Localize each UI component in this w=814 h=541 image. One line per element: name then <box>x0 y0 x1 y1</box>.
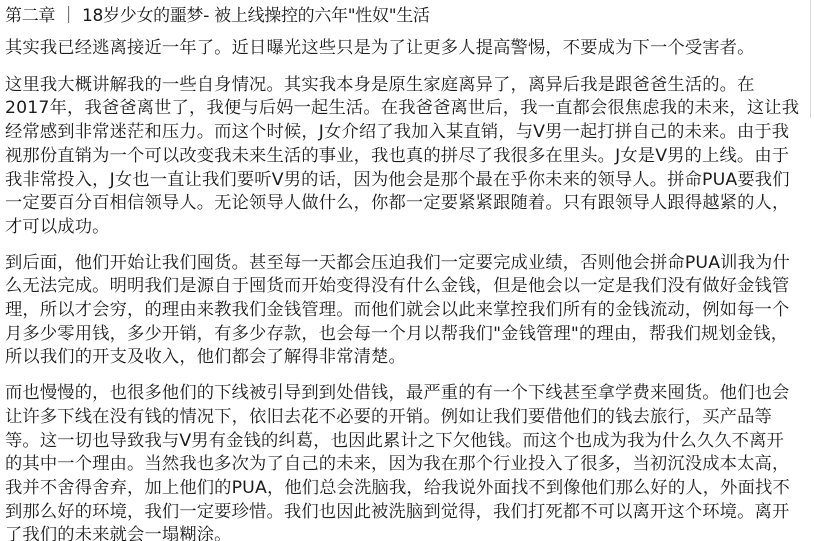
chapter-title: 第二章 ｜ 18岁少女的噩梦- 被上线操控的六年"性奴"生活 <box>5 6 805 26</box>
paragraph-line: 月多少零用钱，多少开销，有多少存款，也会每一个月以帮我们"金钱管理"的理由，帮我… <box>5 323 805 347</box>
paragraph-line: 一定要百分百相信领导人。无论领导人做什么，你都一定要紧紧跟随着。只有跟领导人跟得… <box>5 192 805 216</box>
paragraph-line: 等。这一切也导致我与V男有金钱的纠葛，也因此累计之下欠他钱。而这个也成为我为什么… <box>5 430 805 454</box>
paragraph-line: 2017年，我爸爸离世了，我便与后妈一起生活。在我爸爸离世后，我一直都会很焦虑我… <box>5 97 805 121</box>
paragraph-line: 到那么好的环境，我们一定要珍惜。我们也因此被洗脑到觉得，我们打死都不可以离开这个… <box>5 501 805 525</box>
paragraph-stockpiling: 到后面，他们开始让我们囤货。甚至每一天都会压迫我们一定要完成业绩，否则他会拼命P… <box>5 252 805 371</box>
paragraph-line: 我并不舍得舍弃，加上他们的PUA，他们总会洗脑我，给我说外面找不到像他们那么好的… <box>5 477 805 501</box>
paragraph-line: 其实我已经逃离接近一年了。近日曝光这些只是为了让更多人提高警惕，不要成为下一个受… <box>5 37 805 61</box>
paragraph-line: 到后面，他们开始让我们囤货。甚至每一天都会压迫我们一定要完成业绩，否则他会拼命P… <box>5 252 805 276</box>
paragraph-line: 了我们的未来就会一塌糊涂。 <box>5 524 805 541</box>
paragraph-line: 我非常投入，J女也一直让我们要听V男的话，因为他会是那个最在乎你未来的领导人。拼… <box>5 169 805 193</box>
paragraph-debt: 而也慢慢的，也很多他们的下线被引导到到处借钱，最严重的有一个下线甚至拿学费来囤货… <box>5 382 805 541</box>
paragraph-line: 所以我们的开支及收入，他们都会了解得非常清楚。 <box>5 346 805 370</box>
paragraph-line: 视那份直销为一个可以改变我未来生活的事业，我也真的拼尽了我很多在里头。J女是V男… <box>5 145 805 169</box>
paragraph-line: 让许多下线在没有钱的情况下，依旧去花不必要的开销。例如让我们要借他们的钱去旅行，… <box>5 406 805 430</box>
paragraph-line: 这里我大概讲解我的一些自身情况。其实我本身是原生家庭离异了，离异后我是跟爸爸生活… <box>5 74 805 98</box>
paragraph-line: 才可以成功。 <box>5 216 805 240</box>
paragraph-line: 么无法完成。明明我们是源自于囤货而开始变得没有什么金钱，但是他会以一定是我们没有… <box>5 275 805 299</box>
paragraph-line: 理，所以才会穷，的理由来教我们金钱管理。而他们就会以此来掌控我们所有的金钱流动，… <box>5 299 805 323</box>
scrollbar[interactable] <box>810 0 811 118</box>
paragraph-intro: 其实我已经逃离接近一年了。近日曝光这些只是为了让更多人提高警惕，不要成为下一个受… <box>5 37 805 61</box>
article: 第二章 ｜ 18岁少女的噩梦- 被上线操控的六年"性奴"生活 其实我已经逃离接近… <box>5 0 805 541</box>
paragraph-background: 这里我大概讲解我的一些自身情况。其实我本身是原生家庭离异了，离异后我是跟爸爸生活… <box>5 74 805 240</box>
paragraph-line: 经常感到非常迷茫和压力。而这个时候，J女介绍了我加入某直销，与V男一起打拼自己的… <box>5 121 805 145</box>
paragraph-line: 而也慢慢的，也很多他们的下线被引导到到处借钱，最严重的有一个下线甚至拿学费来囤货… <box>5 382 805 406</box>
paragraph-line: 的其中一个理由。当然我也多次为了自己的未来，因为我在那个行业投入了很多，当初沉没… <box>5 453 805 477</box>
